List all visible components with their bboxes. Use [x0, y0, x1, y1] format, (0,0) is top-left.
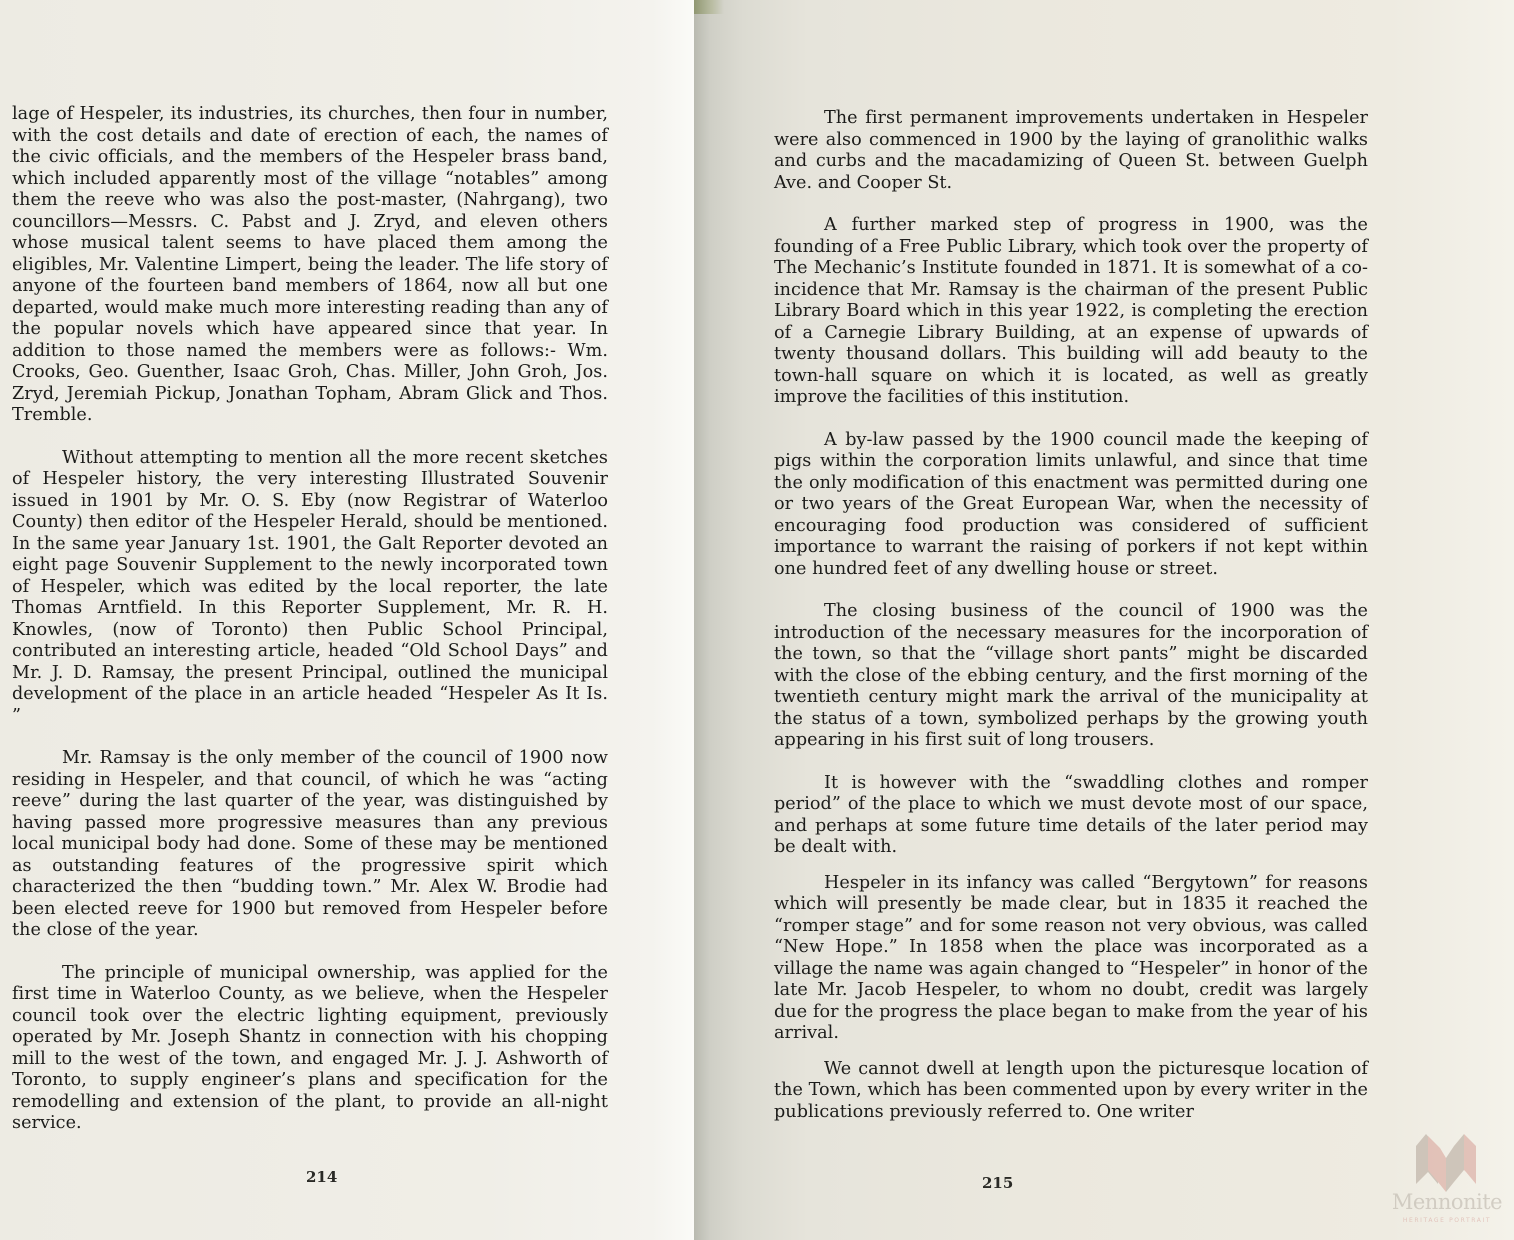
- watermark: Mennonite HERITAGE PORTRAIT: [1386, 1134, 1508, 1230]
- page-number-left: 214: [306, 1168, 337, 1186]
- paragraph: A further marked step of progress in 190…: [774, 215, 1368, 409]
- paragraph: It is however with the “swaddling clothe…: [774, 773, 1368, 859]
- mennonite-logo-icon: [1414, 1134, 1478, 1192]
- book-spread: lage of Hespeler, its industries, its ch…: [0, 0, 1514, 1240]
- paragraph: The first permanent improvements underta…: [774, 108, 1368, 194]
- paragraph: A by-law passed by the 1900 council made…: [774, 430, 1368, 581]
- paragraph: Hespeler in its infancy was called “Berg…: [774, 873, 1368, 1045]
- right-page: The first permanent improvements underta…: [694, 0, 1514, 1240]
- paragraph: Without attempting to mention all the mo…: [12, 448, 608, 728]
- paragraph: We cannot dwell at length upon the pictu…: [774, 1059, 1368, 1124]
- left-page: lage of Hespeler, its industries, its ch…: [0, 0, 694, 1240]
- watermark-tagline: HERITAGE PORTRAIT: [1386, 1217, 1508, 1224]
- paragraph: The closing business of the council of 1…: [774, 601, 1368, 752]
- paragraph: Mr. Ramsay is the only member of the cou…: [12, 748, 608, 942]
- left-page-text: lage of Hespeler, its industries, its ch…: [12, 104, 608, 1135]
- paragraph: lage of Hespeler, its industries, its ch…: [12, 104, 608, 427]
- page-number-right: 215: [982, 1174, 1013, 1192]
- right-page-text: The first permanent improvements underta…: [774, 108, 1368, 1123]
- watermark-name: Mennonite: [1386, 1190, 1508, 1214]
- paragraph: The principle of municipal ownership, wa…: [12, 963, 608, 1135]
- gutter-shadow: [694, 0, 724, 14]
